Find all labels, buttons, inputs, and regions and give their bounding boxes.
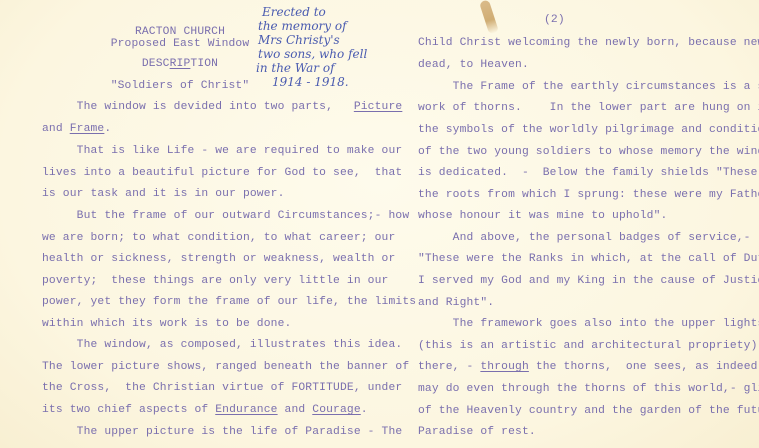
right-line-6: is dedicated. - Below the family shields…	[418, 167, 759, 179]
right-line-0: Child Christ welcoming the newly born, b…	[418, 37, 759, 49]
left-line-0: The window is devided into two parts, Pi…	[42, 101, 402, 113]
right-line-18: Paradise of rest.	[418, 426, 536, 438]
right-line-5: of the two young soldiers to whose memor…	[418, 146, 759, 158]
right-line-7: the roots from which I sprung: these wer…	[418, 189, 759, 201]
right-line-15: there, - through the thorns, one sees, a…	[418, 361, 759, 373]
right-line-10: "These were the Ranks in which, at the c…	[418, 253, 759, 265]
doc-description-label: DESCRIPTION	[100, 58, 260, 70]
doc-title: "Soldiers of Christ"	[60, 80, 300, 92]
left-line-5: But the frame of our outward Circumstanc…	[42, 210, 409, 222]
left-line-3: lives into a beautiful picture for God t…	[42, 167, 402, 179]
handwritten-note-4: two sons, who fell	[258, 47, 367, 62]
paper-stain	[479, 0, 499, 35]
left-line-12: The lower picture shows, ranged beneath …	[42, 361, 409, 373]
left-line-6: we are born; to what condition, to what …	[42, 232, 395, 244]
handwritten-note-2: the memory of	[258, 19, 347, 34]
handwritten-note-5: in the War of	[256, 61, 335, 76]
right-line-11: I served my God and my King in the cause…	[418, 275, 759, 287]
document-scan: RACTON CHURCH Proposed East Window DESCR…	[0, 0, 759, 448]
right-line-4: the symbols of the worldly pilgrimage an…	[418, 124, 759, 136]
page-number: (2)	[544, 14, 565, 26]
left-line-14: its two chief aspects of Endurance and C…	[42, 404, 368, 416]
right-line-14: (this is an artistic and architectural p…	[418, 340, 759, 352]
right-line-12: and Right".	[418, 297, 494, 309]
left-line-13: the Cross, the Christian virtue of FORTI…	[42, 382, 402, 394]
left-line-9: power, yet they form the frame of our li…	[42, 296, 416, 308]
right-line-13: The framework goes also into the upper l…	[418, 318, 759, 330]
left-line-8: poverty; these things are only very litt…	[42, 275, 388, 287]
left-line-1: and Frame.	[42, 123, 111, 135]
handwritten-note-1: Erected to	[262, 5, 326, 20]
handwritten-note-3: Mrs Christy's	[258, 33, 340, 48]
church-name: RACTON CHURCH	[100, 26, 260, 38]
handwritten-note-6: 1914 - 1918.	[272, 75, 349, 90]
doc-subtitle: Proposed East Window	[100, 38, 260, 50]
left-line-4: is our task and it is in our power.	[42, 188, 285, 200]
right-line-3: work of thorns. In the lower part are hu…	[418, 102, 759, 114]
right-line-17: of the Heavenly country and the garden o…	[418, 405, 759, 417]
right-line-1: dead, to Heaven.	[418, 59, 529, 71]
left-line-10: within which its work is to be done.	[42, 318, 291, 330]
left-line-11: The window, as composed, illustrates thi…	[42, 339, 402, 351]
left-line-7: health or sickness, strength or weakness…	[42, 253, 395, 265]
right-line-8: whose honour it was mine to uphold".	[418, 210, 667, 222]
left-line-15: The upper picture is the life of Paradis…	[42, 426, 402, 438]
left-line-2: That is like Life - we are required to m…	[42, 145, 402, 157]
right-line-16: may do even through the thorns of this w…	[418, 383, 759, 395]
right-line-2: The Frame of the earthly circumstances i…	[418, 81, 759, 93]
right-line-9: And above, the personal badges of servic…	[418, 232, 751, 244]
